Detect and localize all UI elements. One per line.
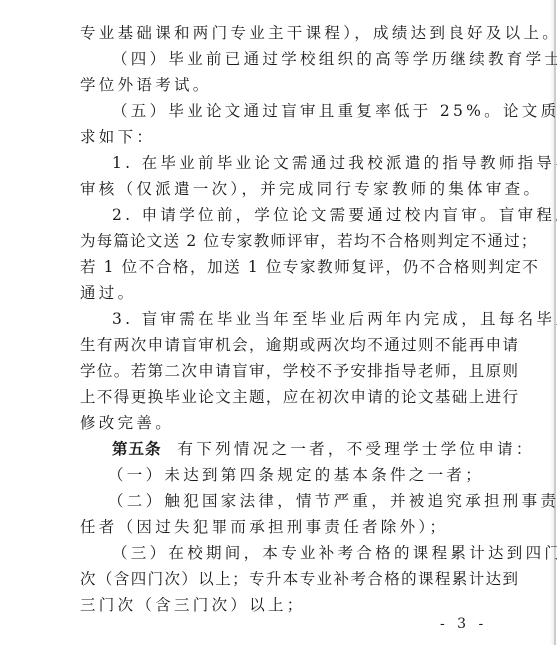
text-line: 2. 申请学位前，学位论文需要通过校内盲审。盲审程序 (80, 202, 472, 228)
text-line: 为每篇论文送 2 位专家教师评审，若均不合格则判定不通过； (80, 228, 472, 254)
article-5: 第五条有下列情况之一者，不受理学士学位申请： (80, 436, 472, 462)
text-line: 若 1 位不合格，加送 1 位专家教师复评，仍不合格则判定不 (80, 254, 472, 280)
text-line: 求如下： (80, 124, 472, 150)
article-heading: 第五条 (112, 439, 162, 458)
text-line: （五）毕业论文通过盲审且重复率低于 25%。论文质量要 (80, 98, 472, 124)
text-line: （三）在校期间，本专业补考合格的课程累计达到四门 (80, 540, 472, 566)
article-text: 有下列情况之一者，不受理学士学位申请： (178, 440, 535, 458)
document-body: 专业基础课和两门专业主干课程），成绩达到良好及以上。 （四）毕业前已通过学校组织… (80, 20, 472, 618)
text-line: 1. 在毕业前毕业论文需通过我校派遣的指导教师指导与 (80, 150, 472, 176)
text-line: （四）毕业前已通过学校组织的高等学历继续教育学士 (80, 46, 472, 72)
text-line: 学位。若第二次申请盲审，学校不予安排指导老师，且原则 (80, 358, 472, 384)
text-line: 专业基础课和两门专业主干课程），成绩达到良好及以上。 (80, 20, 472, 46)
text-line: （一）未达到第四条规定的基本条件之一者； (80, 462, 472, 488)
text-line: 生有两次申请盲审机会，逾期或两次均不通过则不能再申请 (80, 332, 472, 358)
text-line: 次（含四门次）以上；专升本专业补考合格的课程累计达到 (80, 566, 472, 592)
page-number: - 3 - (440, 616, 487, 632)
text-line: 修改完善。 (80, 410, 472, 436)
text-line: 3. 盲审需在毕业当年至毕业后两年内完成，且每名毕业 (80, 306, 472, 332)
text-line: 任者（因过失犯罪而承担刑事责任者除外）； (80, 514, 472, 540)
text-line: （二）触犯国家法律，情节严重，并被追究承担刑事责 (80, 488, 472, 514)
text-line: 上不得更换毕业论文主题，应在初次申请的论文基础上进行 (80, 384, 472, 410)
text-line: 审核（仅派遣一次），并完成同行专家教师的集体审查。 (80, 176, 472, 202)
text-line: 三门次（含三门次）以上； (80, 592, 472, 618)
text-line: 学位外语考试。 (80, 72, 472, 98)
text-line: 通过。 (80, 280, 472, 306)
